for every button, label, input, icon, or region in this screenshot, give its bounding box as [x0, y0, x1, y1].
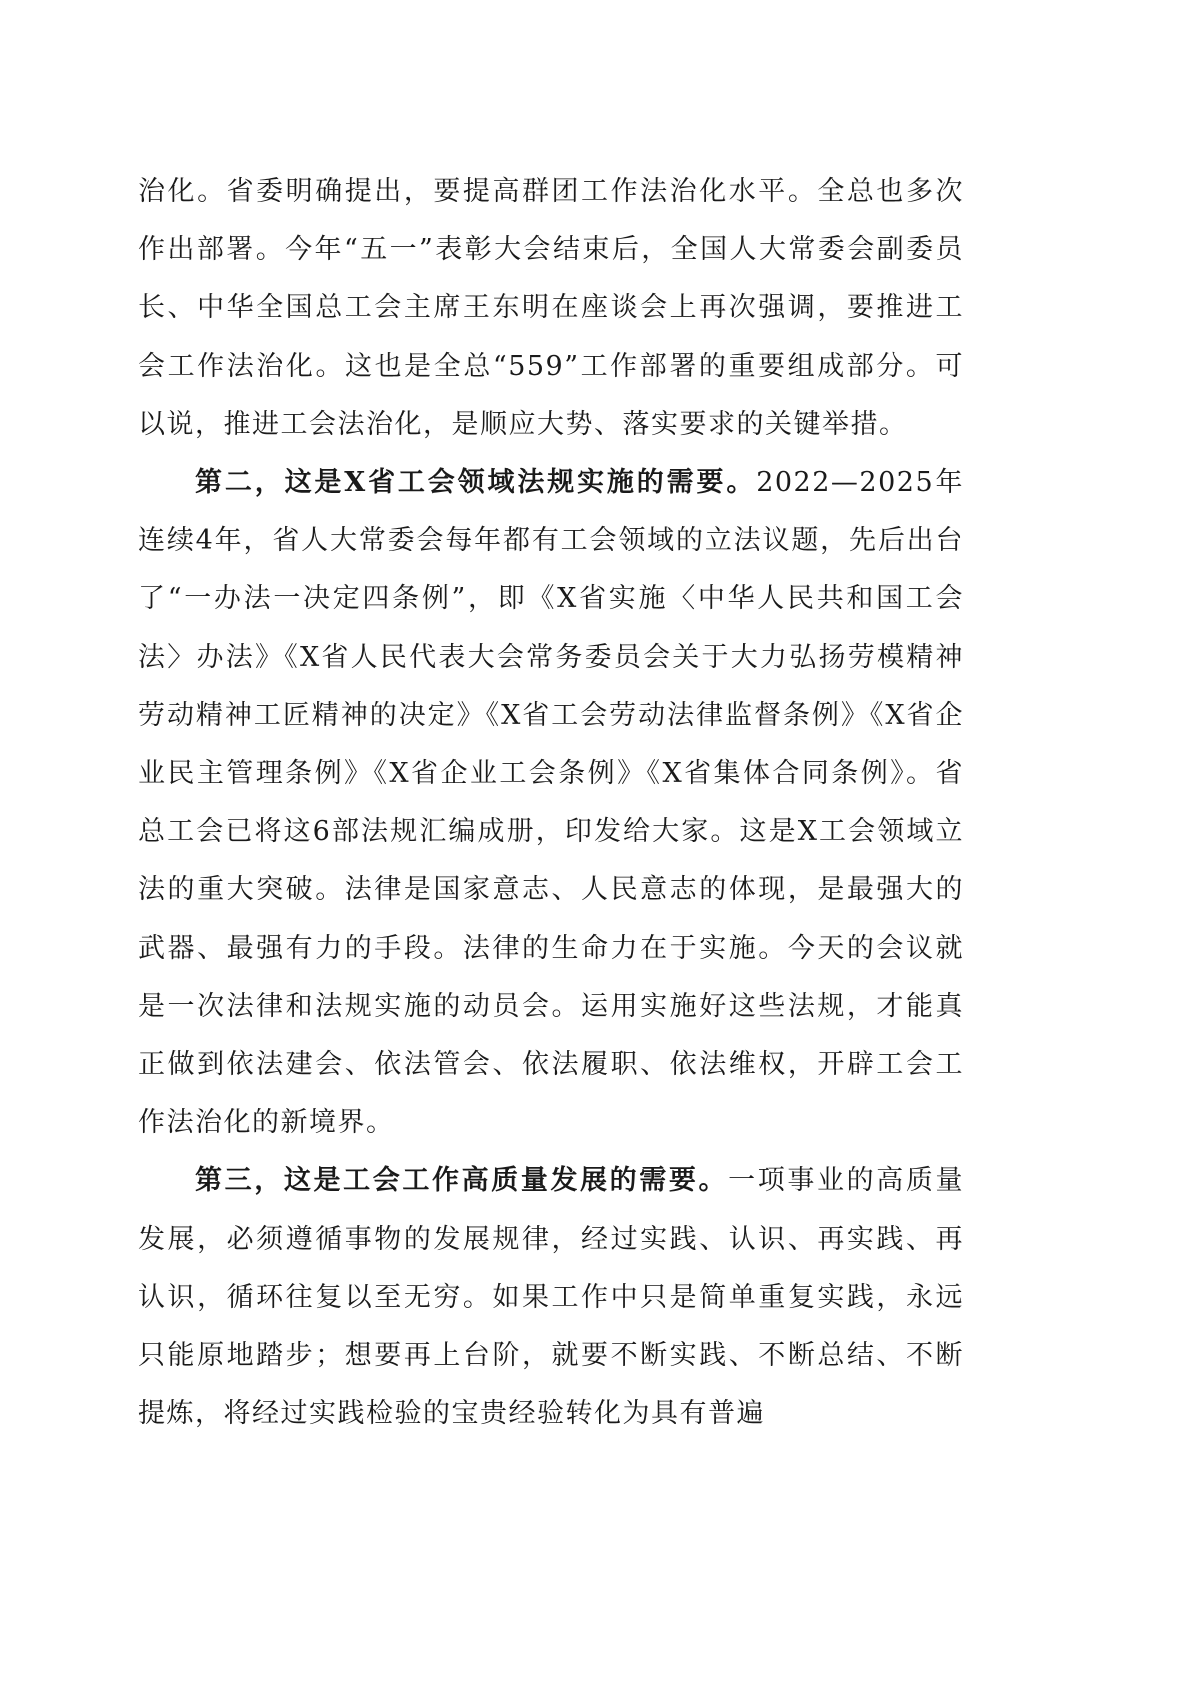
paragraph-text: 治化。省委明确提出，要提高群团工作法治化水平。全总也多次作出部署。今年“五一”表…: [138, 176, 964, 440]
paragraph-second-point: 第二，这是X省工会领域法规实施的需要。2022—2025年连续4年，省人大常委会…: [138, 454, 964, 1152]
paragraph-lead-heading: 第二，这是X省工会领域法规实施的需要。: [195, 467, 756, 498]
paragraph-continuation: 治化。省委明确提出，要提高群团工作法治化水平。全总也多次作出部署。今年“五一”表…: [138, 163, 964, 454]
paragraph-text: 一项事业的高质量发展，必须遵循事物的发展规律，经过实践、认识、再实践、再认识，循…: [138, 1165, 964, 1429]
paragraph-third-point: 第三，这是工会工作高质量发展的需要。一项事业的高质量发展，必须遵循事物的发展规律…: [138, 1152, 964, 1443]
document-page: 治化。省委明确提出，要提高群团工作法治化水平。全总也多次作出部署。今年“五一”表…: [138, 163, 964, 1443]
paragraph-lead-heading: 第三，这是工会工作高质量发展的需要。: [195, 1165, 728, 1196]
paragraph-text: 2022—2025年连续4年，省人大常委会每年都有工会领域的立法议题，先后出台了…: [138, 467, 964, 1138]
